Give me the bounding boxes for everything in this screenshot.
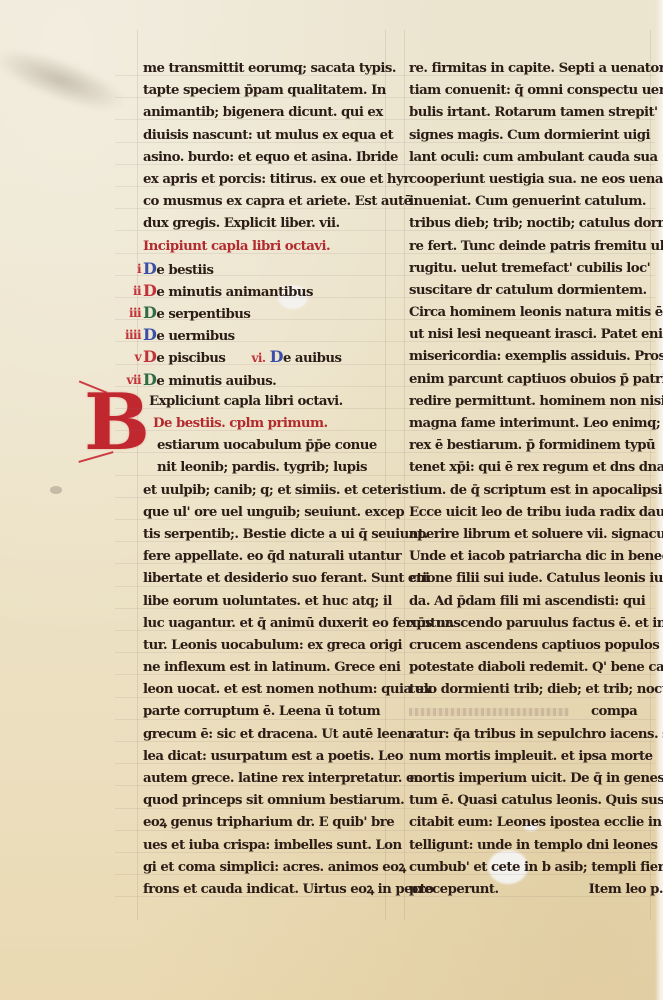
text-line: cumbub' et cete in b asib; templi fieri [409,857,647,879]
text-line: ctione filii sui iude. Catulus leonis iu [409,568,647,590]
ruling-line [115,364,655,365]
text-line: fere appellate. eo q̄d naturali utantur [143,546,383,568]
toc-numeral: v [135,346,141,368]
ruling-line [115,697,655,698]
ruling-line [115,408,655,409]
stain-top-left [0,37,133,122]
text-line: rugitu. uelut tremefact' cubilis loc' [409,258,647,280]
chapter-heading: De bestiis. cplm primum. [143,413,383,435]
text-line: aperire librum et soluere vii. signacula… [409,524,647,546]
right-column: re. firmitas in capite. Septi a uenatori… [409,58,647,901]
text-line: redire permittunt. hominem non nisi [409,391,647,413]
ruling-line [115,341,655,342]
ruling-line [115,386,655,387]
text-line: ne inflexum est in latinum. Grece eni [143,657,383,679]
ruling-line [115,253,655,254]
ruling-line [115,319,655,320]
text-line: tium. de q̄ scriptum est in apocalipsi. [409,480,647,502]
text-line: re fert. Tunc deinde patris fremitu ul [409,236,647,258]
ruling-line [115,608,655,609]
text-line: animantib; bigenera dicunt. qui ex [143,102,383,124]
text-line: me transmittit eorumq; sacata typis. [143,58,383,80]
text-line: xp̄s nascendo paruulus factus ē. et in [409,613,647,635]
text-line: lant oculi: cum ambulant cauda sua [409,147,647,169]
text-line: Unde et iacob patriarcha dic in benedi [409,546,647,568]
text-line: lea dicat: usurpatum est a poetis. Leo [143,746,383,768]
erased-line: compa [409,701,647,723]
decorated-initial-b: B [84,384,150,462]
text-line: autem grece. latine rex interpretatur. e… [143,768,383,790]
text-line: libertate et desiderio suo ferant. Sunt … [143,568,383,590]
toc-numeral: vii [127,369,141,391]
text-line: tis serpentib;. Bestie dicte a ui q̄ seu… [143,524,383,546]
text-line: et uulpib; canib; q; et simiis. et ceter… [143,480,383,502]
text-line: grecum ē: sic et dracena. Ut autē leena [143,724,383,746]
ruling-line [115,430,655,431]
text-line: ex apris et porcis: titirus. ex oue et h… [143,169,383,191]
text-line: inueniat. Cum genuerint catulum. [409,191,647,213]
toc-numeral: ii [133,280,141,302]
ruling-line [115,164,655,165]
toc-item: iDe bestiis [143,258,383,280]
text-line: tur. Leonis uocabulum: ex greca origi [143,635,383,657]
ink-spot [50,486,62,494]
ruling-line [115,208,655,209]
text-line: tulo dormienti trib; dieb; et trib; noct… [409,679,647,701]
toc-item: iiiiDe uermibus [143,324,383,346]
text-line: Ecce uicit leo de tribu iuda radix dauid… [409,502,647,524]
text-line: misericordia: exemplis assiduis. Prostra… [409,346,647,368]
ruling-line [115,519,655,520]
toc-item: iiiDe serpentibus [143,302,383,324]
text-line: magna fame interimunt. Leo enimq; [409,413,647,435]
toc-item: viiDe minutis auibus. [143,369,383,391]
text-line: libe eorum uoluntates. et huc atq; il [143,591,383,613]
text-line: estiarum uocabulum p̄p̄e conue [143,435,383,457]
text-line: tenet xp̄i: qui ē rex regum et dns dnan [409,457,647,479]
ruling-line [115,119,655,120]
text-line: telligunt: unde in templo dni leones [409,835,647,857]
text-line: co musmus ex capra et ariete. Est autē [143,191,383,213]
text-line: frons et cauda indicat. Uirtus eoꝝ in pe… [143,879,383,901]
toc-explicit: Expliciunt capla libri octavi. [143,391,383,413]
ruling-line [115,452,655,453]
text-line: tapte speciem p̄pam qualitatem. In [143,80,383,102]
ruling-line [115,586,655,587]
text-line: enim parcunt captiuos obuios p̄ patriam [409,369,647,391]
toc-numeral: iiii [125,324,141,346]
ruling-line [115,97,655,98]
ruling-line [115,230,655,231]
ruling-line [115,896,655,897]
ruling-line [115,808,655,809]
ruling-line [115,541,655,542]
text-line: Circa hominem leonis natura mitis ē: [409,302,647,324]
ruling-line [115,475,655,476]
text-line: mortis imperium uicit. De q̄ in genesi s… [409,768,647,790]
toc-numeral: iii [129,302,141,324]
text-line: bulis irtant. Rotarum tamen strepit' [409,102,647,124]
text-fragment: compa [591,704,637,719]
text-line: ratur: q̄a tribus in sepulchro iacens. s… [409,724,647,746]
ruling-line [115,785,655,786]
ruling-line [115,563,655,564]
text-line: tiam conuenit: q̄ omni conspectu uena [409,80,647,102]
toc-numeral: i [137,258,141,280]
final-line: preceperunt.Item leo p. [409,879,647,901]
text-line: re. firmitas in capite. Septi a uenatori… [409,58,647,80]
text-line: diuisis nascunt: ut mulus ex equa et [143,125,383,147]
ruling-line [115,497,655,498]
text-line: ues et iuba crispa: imbelles sunt. Lon [143,835,383,857]
erasure-mark [409,708,569,716]
text-line: que ul' ore uel unguib; seuiunt. excep [143,502,383,524]
toc-item: vDe piscibus vi. De auibus [143,346,383,368]
text-line: cooperiunt uestigia sua. ne eos uenator [409,169,647,191]
ruling-line [115,142,655,143]
text-line: nit leonib; pardis. tygrib; lupis [143,457,383,479]
ruling-line [115,830,655,831]
text-line: ut nisi lesi nequeant irasci. Patet eni … [409,324,647,346]
ruling-line [115,874,655,875]
text-line: da. Ad p̄dam fili mi ascendisti: qui [409,591,647,613]
text-line: rex ē bestiarum. p̄ formidinem typū [409,435,647,457]
text-line: tum ē. Quasi catulus leonis. Quis sus [409,790,647,812]
ruling-line [115,297,655,298]
text-line: eoꝝ genus tripharium dr. E quib' bre [143,812,383,834]
text-line: asino. burdo: et equo et asina. Ibride [143,147,383,169]
text-line: signes magis. Cum dormierint uigi [409,125,647,147]
explicit-line: dux gregis. Explicit liber. vii. [143,213,383,235]
manuscript-folio: B me transmittit eorumq; sacata typis. t… [0,0,663,1000]
toc-item: iiDe minutis animantibus [143,280,383,302]
catchword: Item leo p. [499,882,663,897]
text-line: luc uagantur. et q̄ animū duxerit eo fer… [143,613,383,635]
ruling-line [115,741,655,742]
text-line: leon uocat. et est nomen nothum: quia ex [143,679,383,701]
ruling-line [115,852,655,853]
text-line: crucem ascendens captiuos populos de [409,635,647,657]
ruling-line [115,652,655,653]
text-line: potestate diaboli redemit. Q' bene ca [409,657,647,679]
text-line: gi et coma simplici: acres. animos eoꝝ [143,857,383,879]
left-column: me transmittit eorumq; sacata typis. tap… [143,58,383,901]
text-fragment: preceperunt. [409,882,499,897]
ruling-line [115,630,655,631]
ruling-line [115,186,655,187]
text-line: citabit eum: Leones ipostea ecclie in [409,812,647,834]
text-line: suscitare dr catulum dormientem. [409,280,647,302]
text-line: num mortis impleuit. et ipsa morte [409,746,647,768]
ruling-line [115,674,655,675]
text-line: tribus dieb; trib; noctib; catulus dormi [409,213,647,235]
toc-heading: Incipiunt capla libri octavi. [143,236,383,258]
ruling-line [115,719,655,720]
text-line: quod princeps sit omnium bestiarum. [143,790,383,812]
ruling-line [115,75,655,76]
text-line: parte corruptum ē. Leena ū totum [143,701,383,723]
ruling-line [115,275,655,276]
ruling-line [115,763,655,764]
